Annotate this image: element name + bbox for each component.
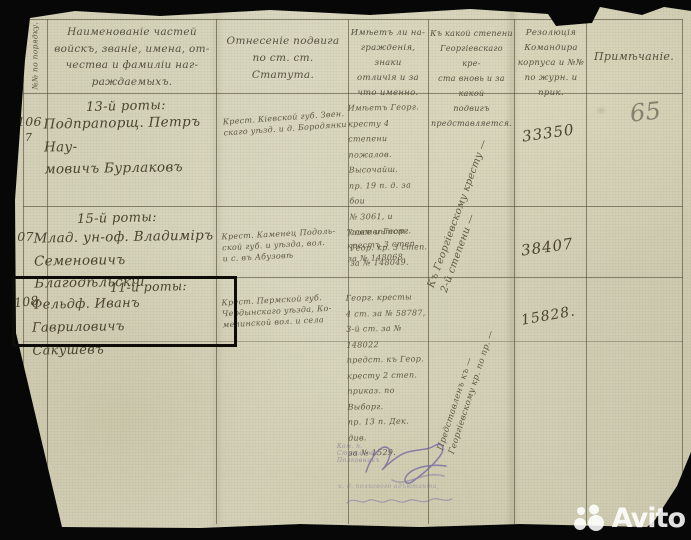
- column-header-resolution: Резолюція Командира корпуса и №№ по журн…: [517, 26, 585, 101]
- grid-line: [682, 19, 683, 524]
- row-106-number-alt: 7: [25, 131, 32, 145]
- avito-watermark: Avito: [573, 503, 685, 534]
- grid-line: [23, 19, 683, 20]
- adjutant-signature: [344, 492, 456, 510]
- highlight-box: [12, 276, 237, 347]
- column-header-awards-held: Имѣетъ ли на- гражденія, знаки отличія и…: [350, 26, 426, 101]
- photo-background: №№ по порядку. Наименованіе частей войск…: [0, 0, 691, 540]
- page-number-pencil: 65: [629, 95, 663, 128]
- row-108-origin: Крест. Пермской губ. Чердынскаго уѣзда, …: [221, 291, 353, 331]
- row-107-awards: Тоже и Георг. крестъ 3 степ. за № 148068…: [346, 224, 425, 266]
- row-107-origin: Крест. Каменец Подоль- ской губ. и уѣзда…: [221, 225, 353, 265]
- grid-line: [586, 19, 587, 524]
- row-106-number: 106: [17, 114, 42, 130]
- avito-wordmark: Avito: [612, 505, 685, 532]
- document-paper: №№ по порядку. Наименованіе частей войск…: [0, 0, 691, 540]
- grid-line: [514, 19, 515, 524]
- grid-line: [23, 19, 24, 524]
- adjutant-stamp-text: и. д. полкового адъютанта,: [338, 483, 439, 490]
- column-header-article: Отнесеніе подвига по ст. ст. Статута.: [220, 33, 346, 84]
- pencil-smudge: [595, 106, 607, 115]
- column-header-name: Наименованіе частей войскъ, званіе, имен…: [52, 24, 212, 90]
- row-106-name: Подпрапорщ. Петръ Нау- мовичъ Бурлаковъ: [43, 110, 222, 181]
- column-header-note: Примѣчаніе.: [588, 50, 680, 64]
- commander-signature: [362, 436, 454, 490]
- avito-logo-icon: [573, 503, 606, 534]
- row-107-number: 107: [9, 229, 34, 245]
- column-header-number: №№ по порядку.: [30, 19, 39, 93]
